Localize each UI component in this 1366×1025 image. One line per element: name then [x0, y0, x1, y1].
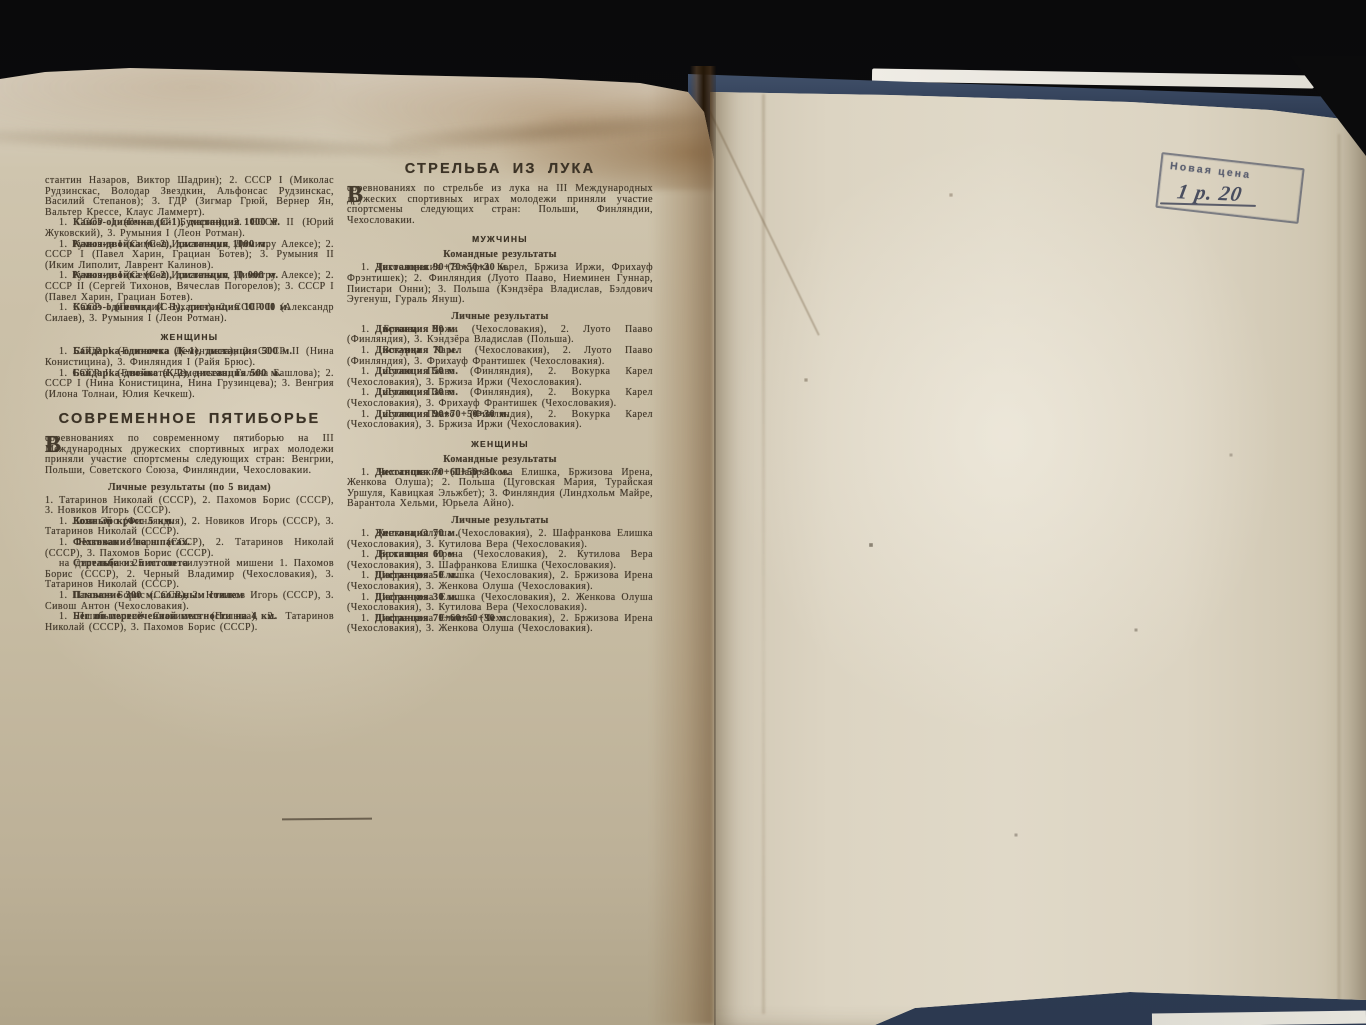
result-paragraph: Дистанция 30 м. 1. Шафранкова Елишка (Че… [347, 593, 653, 614]
endpaper-page: Новая цена 1 р. 20 [710, 74, 1366, 1025]
result-paragraph: Плавание 300 м. вольным стилем 1. Пахомо… [45, 591, 334, 612]
book-photo-scene: Новая цена 1 р. 20 стантин Назаров, Викт… [0, 0, 1366, 1025]
result-paragraph: Каноэ-одиночка (С-1), дистанция 1000 м. … [45, 218, 334, 239]
results-heading: Личные результаты (по 5 видам) [45, 482, 334, 493]
book-pages-edge-bottom [1152, 1011, 1366, 1025]
result-paragraph: Дистанция 50 м. 1. Луото Пааво (Финлянди… [347, 367, 653, 388]
result-paragraph: Дистанция 90+70+50+30 м. 1. Чехословакия… [347, 263, 653, 305]
price-stamp: Новая цена 1 р. 20 [1155, 152, 1304, 224]
results-heading: Командные результаты [347, 249, 653, 260]
result-paragraph: Дистанция 70 м. 1. Вокурка Карел (Чехосл… [347, 346, 653, 367]
endpaper-crease [762, 94, 765, 1014]
result-paragraph: Байдарка-двойка (К-2), дистанция 500 м. … [45, 369, 334, 401]
result-paragraph: Дистанция 70+60+50+30 м. 1. Шафранкова Е… [347, 614, 653, 635]
result-paragraph: Дистанция 70 м. 1. Женкова Олуша (Чехосл… [347, 529, 653, 550]
result-paragraph: Дистанция 90+70+50+30 м. 1. Луото Пааво … [347, 410, 653, 431]
section-title: СТРЕЛЬБА ИЗ ЛУКА [347, 161, 653, 177]
result-paragraph: Каноэ-одиночка (С-1), дистанция 10 000 м… [45, 303, 334, 324]
result-paragraph: Дистанция 50 м. 1. Шафранкова Елишка (Че… [347, 571, 653, 592]
result-paragraph: Бег по пересеченной местности на 4 км. 1… [45, 612, 334, 633]
result-paragraph: Каноэ-двойка (С-2), дистанция 1000 м. 1.… [45, 240, 334, 272]
result-paragraph: Байдарка-одиночка (К-1), дистанция 500 м… [45, 347, 334, 368]
result-paragraph: Дистанция 30 м. 1. Луото Пааво (Финлянди… [347, 388, 653, 409]
page-stain-gutter [650, 80, 714, 1025]
stamp-price-handwritten: 1 р. 20 [1174, 176, 1300, 215]
result-paragraph: Дистанция 70+60+50+30 м. 1. Чехословакия… [347, 468, 653, 510]
endpaper-fold-shadow [1338, 134, 1340, 1014]
subsection-heading: ЖЕНЩИНЫ [45, 332, 334, 342]
result-paragraph: Фехтование на шпагах. 1. Новиков Игорь (… [45, 538, 334, 559]
intro-paragraph: Всоревнованиях по современному пятиборью… [45, 434, 334, 476]
text-column-left: стантин Назаров, Виктор Шадрин); 2. СССР… [45, 176, 334, 633]
result-paragraph: Стрельба из пистолета на дистанцию 25 м.… [45, 559, 334, 591]
drop-cap: В [347, 184, 367, 205]
results-heading: Командные результаты [347, 454, 653, 465]
result-paragraph: Каноэ-двойка (С-2), дистанция 10 000 м. … [45, 271, 334, 303]
printed-page: стантин Назаров, Виктор Шадрин); 2. СССР… [0, 0, 714, 1025]
intro-paragraph: Всоревнованиях по стрельбе из лука на II… [347, 184, 653, 226]
subsection-heading: МУЖЧИНЫ [347, 234, 653, 244]
drop-cap: В [45, 434, 65, 455]
result-paragraph: Конный кросс 5 км. 1. Лохи Эро (Финлянди… [45, 517, 334, 538]
printed-divider-rule [282, 818, 372, 821]
result-paragraph: Дистанция 60 м. 1. Бржизова Ирена (Чехос… [347, 550, 653, 571]
results-heading: Личные результаты [347, 515, 653, 526]
section-title: СОВРЕМЕННОЕ ПЯТИБОРЬЕ [45, 411, 334, 427]
paragraph: стантин Назаров, Виктор Шадрин); 2. СССР… [45, 176, 334, 218]
subsection-heading: ЖЕНЩИНЫ [347, 439, 653, 449]
results-heading: Личные результаты [347, 311, 653, 322]
text-column-right: СТРЕЛЬБА ИЗ ЛУКАВсоревнованиях по стрель… [347, 150, 653, 635]
paragraph: 1. Татаринов Николай (СССР), 2. Пахомов … [45, 496, 334, 517]
result-paragraph: Дистанция 90 м. 1. Бржиза Иржи (Чехослов… [347, 325, 653, 346]
